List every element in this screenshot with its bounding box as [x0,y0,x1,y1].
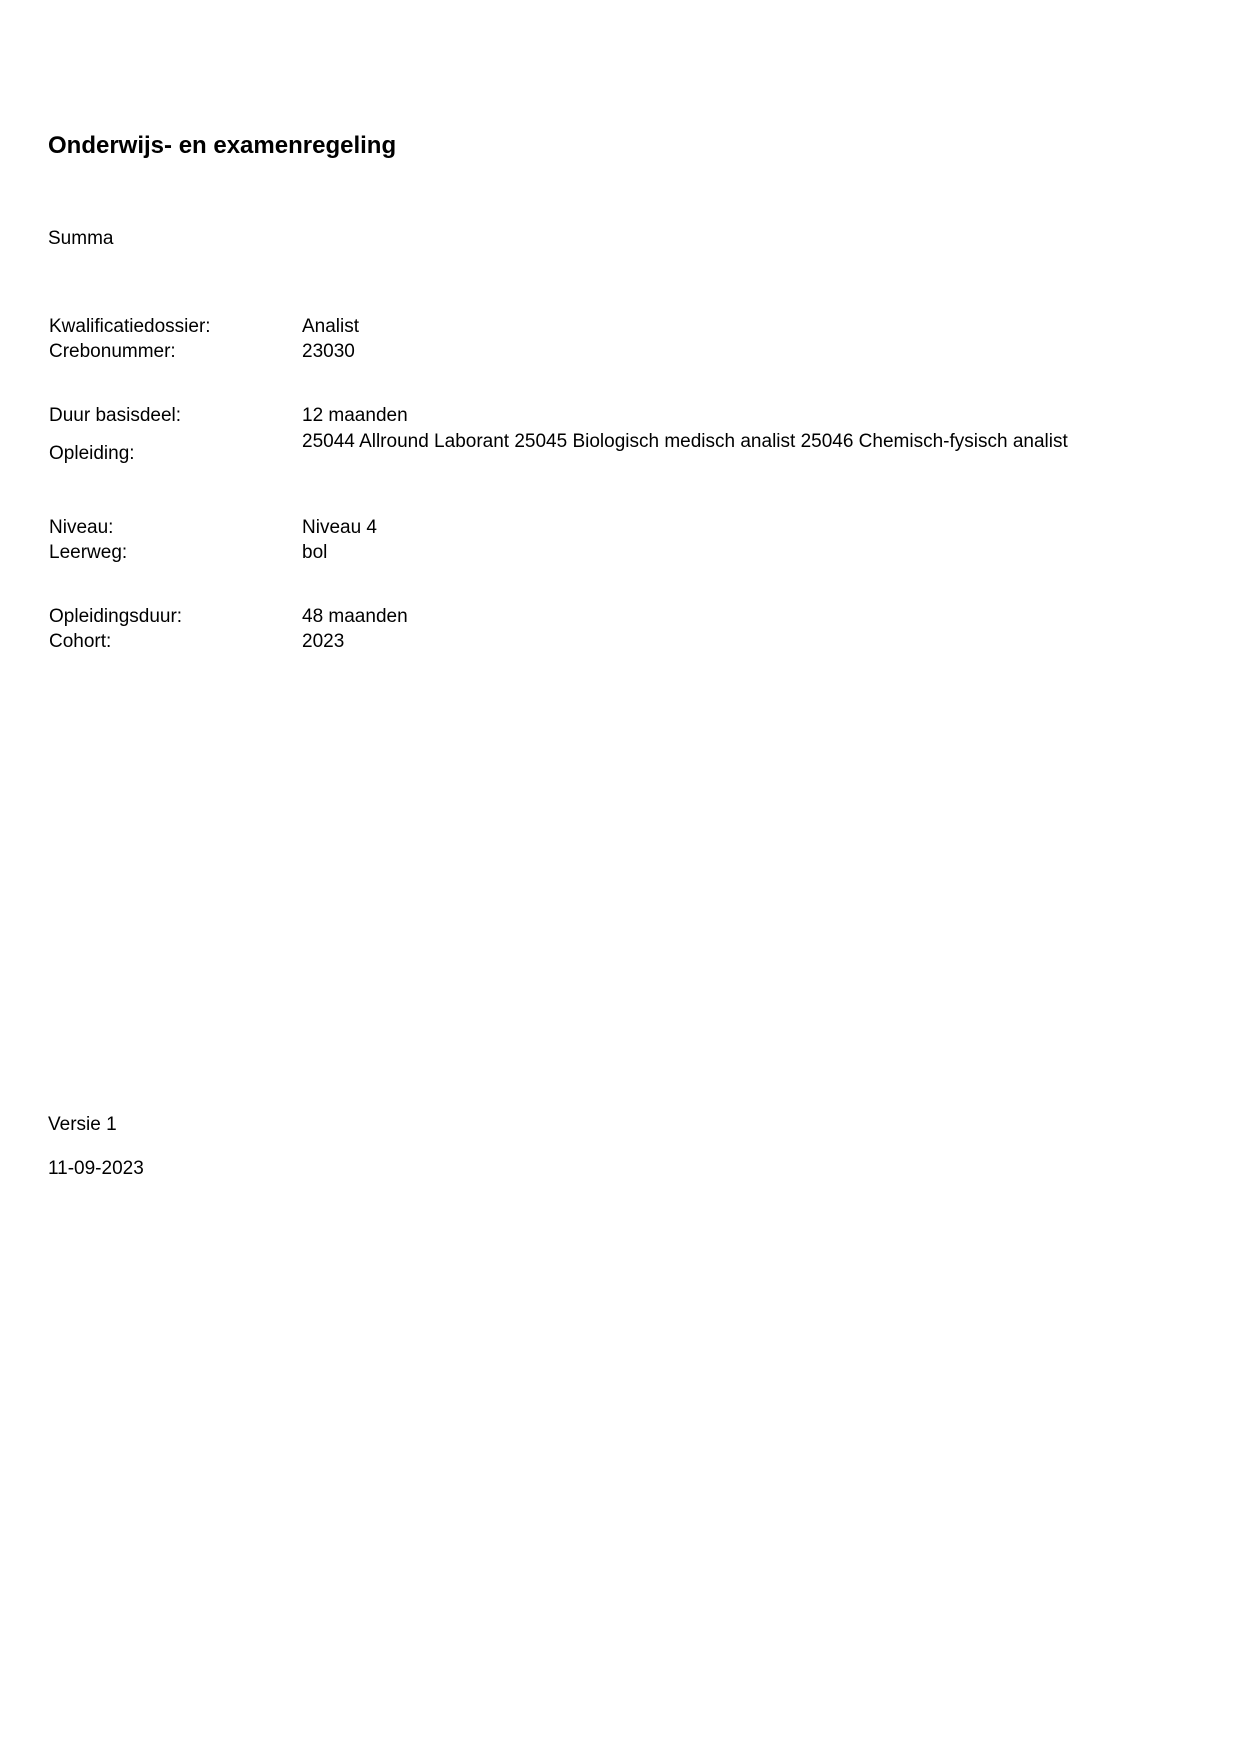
field-label: Opleiding: [49,442,135,466]
field-label: Kwalificatiedossier: [49,315,211,339]
field-label: Opleidingsduur: [49,605,182,629]
field-value: 48 maanden [302,605,1092,629]
field-label: Duur basisdeel: [49,404,181,428]
version-label: Versie 1 [48,1113,117,1137]
field-label: Crebonummer: [49,340,176,364]
field-label: Cohort: [49,630,111,654]
field-value: 23030 [302,340,1092,364]
field-value: bol [302,541,1092,565]
document-date: 11-09-2023 [48,1157,144,1181]
document-title: Onderwijs- en examenregeling [48,131,396,161]
field-value: Niveau 4 [302,516,1092,540]
field-value: 2023 [302,630,1092,654]
institution-name: Summa [48,227,113,251]
field-label: Leerweg: [49,541,127,565]
field-value: 25044 Allround Laborant 25045 Biologisch… [302,430,1092,454]
field-label: Niveau: [49,516,113,540]
field-value: 12 maanden [302,404,1092,428]
field-value: Analist [302,315,1092,339]
